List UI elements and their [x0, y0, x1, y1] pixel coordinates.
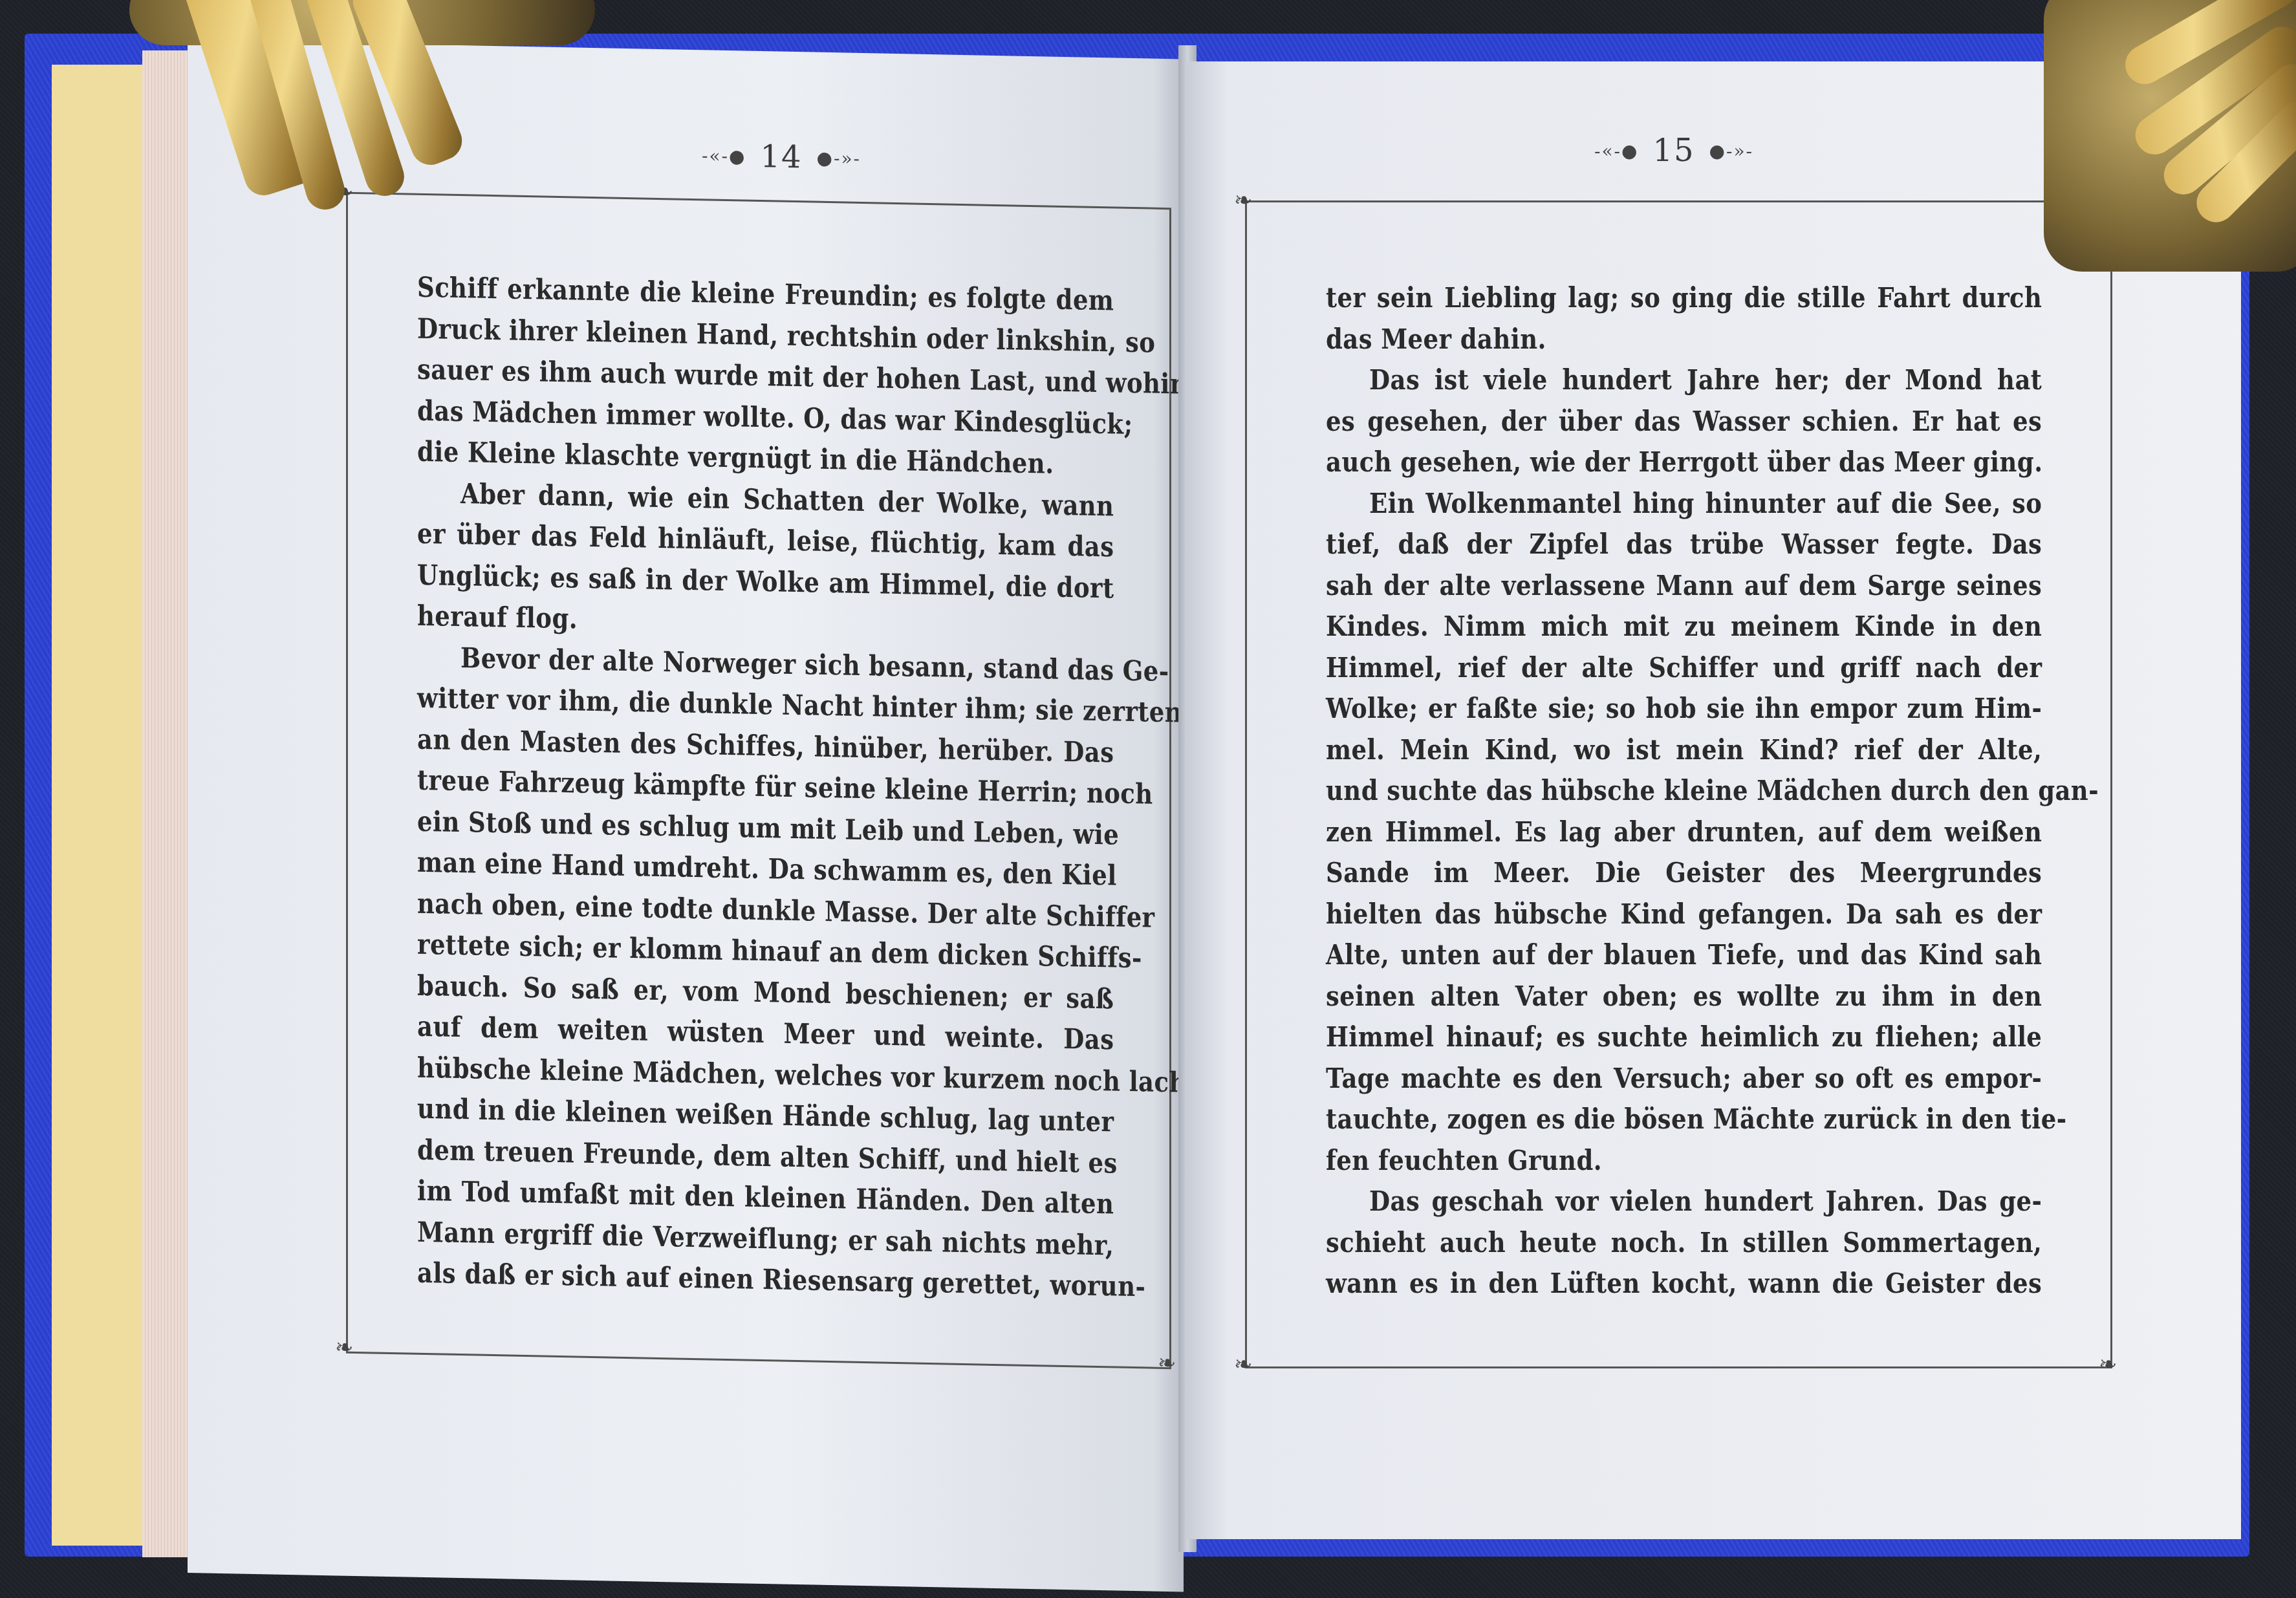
page-number: 15	[1652, 133, 1695, 169]
text-line: mel. Mein Kind, wo ist mein Kind? rief d…	[1326, 730, 2042, 772]
text-line: tief, daß der Zipfel das trübe Wasser fe…	[1326, 524, 2042, 566]
folio-ornament-right-icon: ●-»-	[1709, 140, 1753, 162]
frame-corner-ornament-icon: ❧	[1234, 1354, 1253, 1376]
left-page-folio: -«-● 14 ●-»-	[702, 137, 861, 177]
folio-ornament-left-icon: -«-●	[1594, 140, 1638, 162]
text-line: Himmel, rief der alte Schiffer und griff…	[1326, 648, 2042, 689]
frame-corner-ornament-icon: ❧	[2099, 1354, 2117, 1376]
folio-ornament-right-icon: ●-»-	[817, 147, 861, 169]
text-line: seinen alten Vater oben; es wollte zu ih…	[1326, 977, 2042, 1018]
text-line: Kindes. Nimm mich mit zu meinem Kinde in…	[1326, 607, 2042, 648]
text-line: Himmel hinauf; es suchte heimlich zu fli…	[1326, 1017, 2042, 1059]
right-page-folio: -«-● 15 ●-»-	[1594, 133, 1753, 169]
left-page-text: Schiff erkannte die kleine Freundin; es …	[417, 268, 1116, 1308]
frame-corner-ornament-icon: ❧	[1234, 189, 1253, 211]
text-line: tauchte, zogen es die bösen Mächte zurüc…	[1326, 1099, 2042, 1141]
text-line: Wolke; er faßte sie; so hob sie ihn empo…	[1326, 689, 2042, 730]
text-line: hielten das hübsche Kind gefangen. Da sa…	[1326, 894, 2042, 936]
text-line: es gesehen, der über das Wasser schien. …	[1326, 402, 2042, 443]
right-page: -«-● 15 ●-»- ❧ ❧ ❧ ❧ ter sein Liebling l…	[1187, 61, 2241, 1539]
text-line: Ein Wolkenmantel hing hinunter auf die S…	[1326, 484, 2042, 525]
frame-corner-ornament-icon: ❧	[335, 1336, 354, 1359]
left-page: -«-● 14 ●-»- ❧ ❧ ❧ Schiff erkannte die k…	[188, 40, 1184, 1592]
text-line: ter sein Liebling lag; so ging die still…	[1326, 278, 2042, 319]
text-line: wann es in den Lüften kocht, wann die Ge…	[1326, 1264, 2042, 1305]
text-line: schieht auch heute noch. In stillen Somm…	[1326, 1223, 2042, 1264]
text-line: Das geschah vor vielen hundert Jahren. D…	[1326, 1182, 2042, 1223]
frame-corner-ornament-icon: ❧	[1158, 1352, 1176, 1375]
text-line: Tage machte es den Versuch; aber so oft …	[1326, 1059, 2042, 1100]
text-line: sah der alte verlassene Mann auf dem Sar…	[1326, 566, 2042, 607]
folio-ornament-left-icon: -«-●	[702, 145, 746, 167]
text-line: Alte, unten auf der blauen Tiefe, und da…	[1326, 935, 2042, 977]
text-line: das Meer dahin.	[1326, 319, 2042, 361]
text-line: auch gesehen, wie der Herrgott über das …	[1326, 442, 2042, 484]
page-number: 14	[760, 138, 802, 175]
text-line: Sande im Meer. Die Geister des Meergrund…	[1326, 853, 2042, 894]
text-line: Das ist viele hundert Jahre her; der Mon…	[1326, 360, 2042, 402]
text-line: fen feuchten Grund.	[1326, 1141, 2042, 1182]
text-line: zen Himmel. Es lag aber drunten, auf dem…	[1326, 812, 2042, 854]
right-page-text: ter sein Liebling lag; so ging die still…	[1326, 278, 2044, 1305]
text-line: und suchte das hübsche kleine Mädchen du…	[1326, 771, 2042, 812]
